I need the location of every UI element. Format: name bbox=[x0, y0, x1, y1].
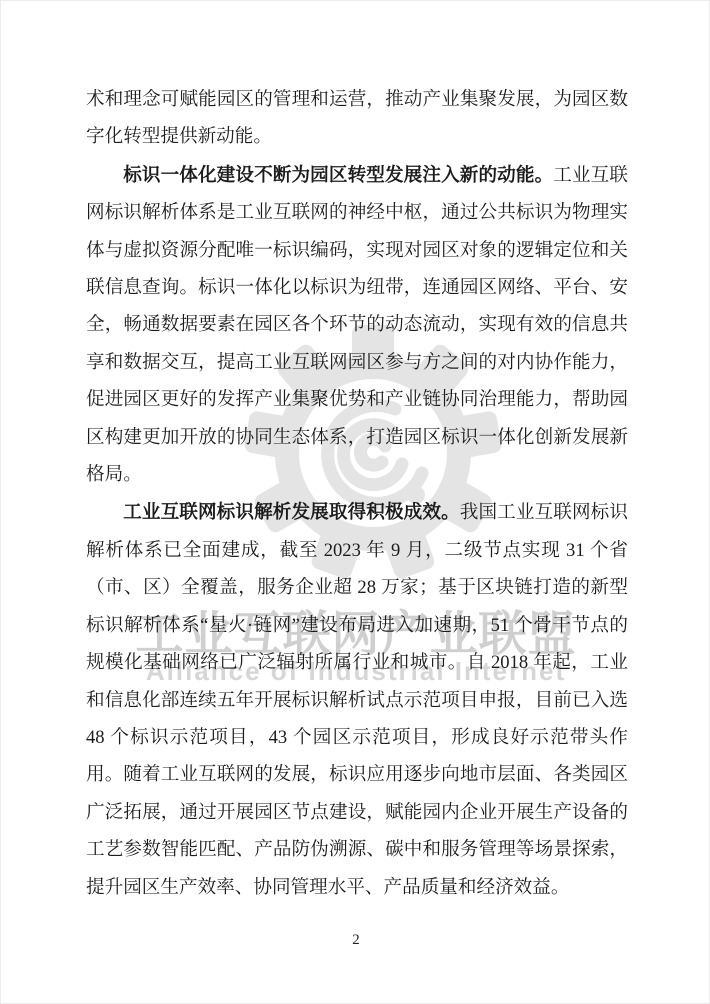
paragraph-identity-integration: 标识一体化建设不断为园区转型发展注入新的动能。工业互联网标识解析体系是工业互联网… bbox=[86, 156, 628, 494]
paragraph-resolution-progress: 工业互联网标识解析发展取得积极成效。我国工业互联网标识解析体系已全面建成，截至 … bbox=[86, 493, 628, 905]
document-page: 工业互联网产业联盟 Alliance of Industrial Interne… bbox=[0, 0, 710, 1004]
page-number: 2 bbox=[1, 932, 710, 949]
paragraph-body: 工业互联网标识解析体系是工业互联网的神经中枢，通过公共标识为物理实体与虚拟资源分… bbox=[86, 165, 628, 485]
paragraph-lead: 工业互联网标识解析发展取得积极成效。 bbox=[123, 501, 460, 522]
paragraph-lead: 标识一体化建设不断为园区转型发展注入新的动能。 bbox=[123, 164, 553, 185]
body-text: 术和理念可赋能园区的管理和运营，推动产业集聚发展，为园区数字化转型提供新动能。 … bbox=[86, 80, 628, 906]
paragraph-body: 我国工业互联网标识解析体系已全面建成，截至 2023 年 9 月，二级节点实现 … bbox=[86, 502, 628, 897]
paragraph-body: 术和理念可赋能园区的管理和运营，推动产业集聚发展，为园区数字化转型提供新动能。 bbox=[86, 89, 628, 147]
paragraph-continuation: 术和理念可赋能园区的管理和运营，推动产业集聚发展，为园区数字化转型提供新动能。 bbox=[86, 80, 628, 156]
